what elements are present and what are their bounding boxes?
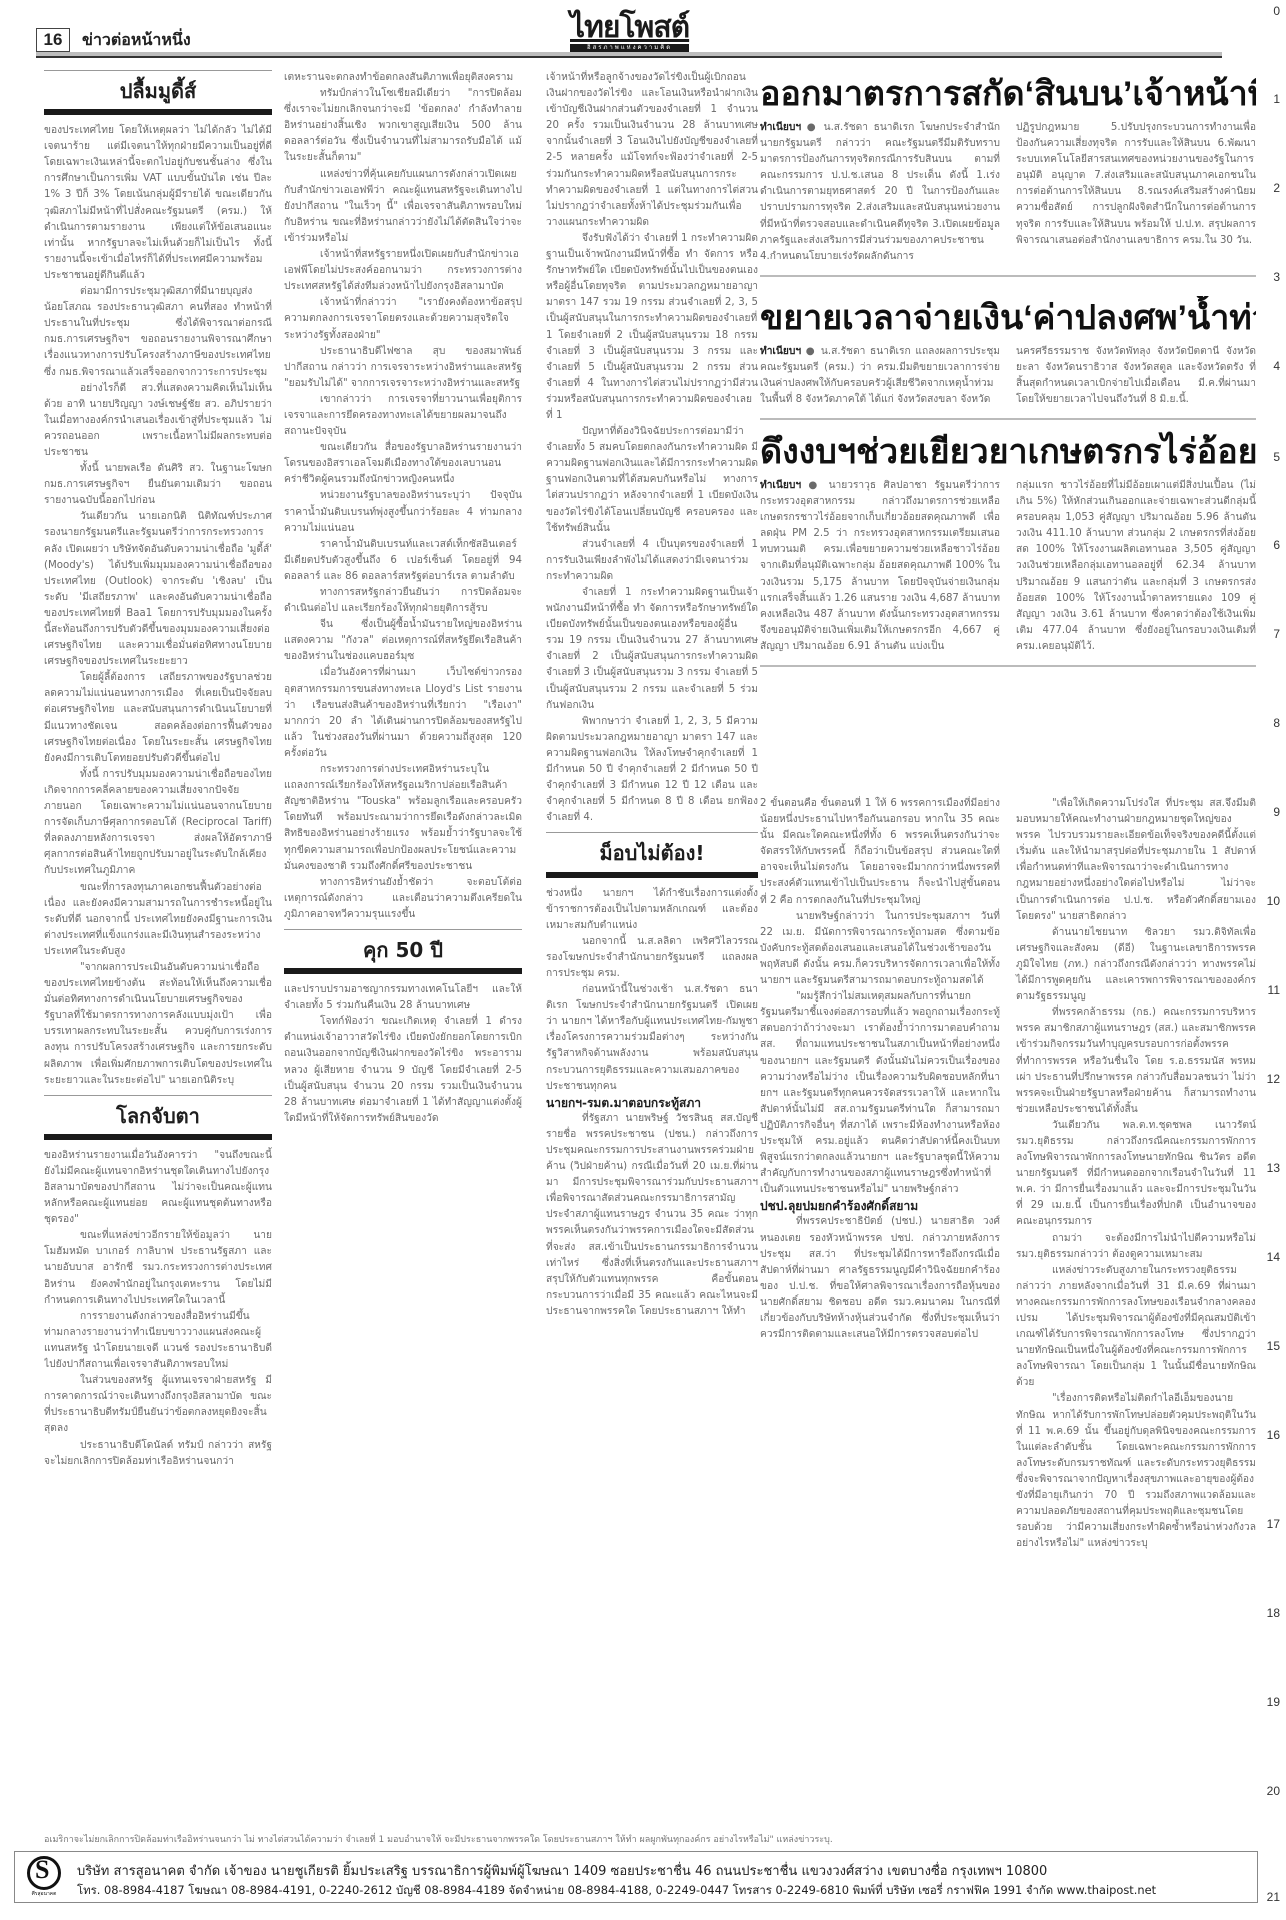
sub-headline: นายกฯ-รมต.มาตอบกระทู้สภา <box>546 1095 758 1111</box>
story-column-left: ทำเนียบฯ ● นายวราวุธ ศิลปอาชา รัฐมนตรีว่… <box>760 478 1000 655</box>
article-paragraph: ของประเทศไทย โดยให้เหตุผลว่า ไม่ได้กลัว … <box>44 123 272 284</box>
line-number: 15 <box>1267 1339 1280 1353</box>
line-number-gutter: 0 1 2 3 4 5 6 7 8 9 10 11 12 13 14 15 16… <box>1260 0 1280 1920</box>
article-paragraph: ขณะที่แหล่งข่าวอีกรายให้ข้อมูลว่า นายโมฮ… <box>44 1228 272 1308</box>
article-paragraph: ประธานาธิบดีโดนัลด์ ทรัมป์ กล่าวว่า สหรั… <box>44 1438 272 1470</box>
line-number: 12 <box>1267 1072 1280 1086</box>
article-paragraph: ทางการสหรัฐกล่าวยืนยันว่า การปิดล้อมจะดำ… <box>284 585 522 617</box>
divider-thick <box>284 968 522 974</box>
section-title: ข่าวต่อหน้าหนึ่ง <box>82 28 191 53</box>
article-paragraph: ส่วนจำเลยที่ 4 เป็นบุตรของจำเลยที่ 1 การ… <box>546 537 758 585</box>
headline: ออกมาตรการสกัด‘สินบน’เจ้าหน้าที่รัฐ <box>760 72 1256 116</box>
story-bribery: ออกมาตรการสกัด‘สินบน’เจ้าหน้าที่รัฐ ทำเน… <box>760 72 1256 277</box>
article-paragraph: กระทรวงการต่างประเทศอิหร่านระบุในแถลงการ… <box>284 762 522 875</box>
line-number: 5 <box>1273 450 1280 464</box>
logo-s-icon: S <box>27 1856 61 1890</box>
sub-headline: ปชป.ลุยปมยกคำร้องศักดิ์สยาม <box>760 1198 1000 1214</box>
page-header: 16 ข่าวต่อหน้าหนึ่ง ไทยโพสต์ อิสรภาพแห่ง… <box>36 26 1222 54</box>
bullet-icon: ● <box>807 122 824 133</box>
divider <box>760 665 1256 667</box>
article-paragraph: ช่วงหนึ่ง นายกฯ ได้กำชับเรื่องการแต่งตั้… <box>546 886 758 934</box>
article-paragraph: ก่อนหน้านี้ในช่วงเช้า น.ส.รัชดา ธนาดิเรก… <box>546 982 758 1095</box>
column-3: เจ้าหน้าที่หรือลูกจ้างของวัดไร่ขิงเป็นผู… <box>546 70 758 1822</box>
article-paragraph: ประธานาธิบดีไฟซาล สุบ ของสมาพันธ์ปากีสถา… <box>284 344 522 392</box>
divider-thick <box>546 872 758 878</box>
article-paragraph: เตหะรานจะตกลงทำข้อตกลงสันติภาพเพื่อยุติส… <box>284 70 522 86</box>
article-paragraph: ขณะที่การลงทุนภาคเอกชนฟื้นตัวอย่างต่อเนื… <box>44 880 272 960</box>
story-funeral-aid: ขยายเวลาจ่ายเงิน‘ค่าปลงศพ’น้ำท่วม ทำเนีย… <box>760 296 1256 420</box>
article-paragraph: และปราบปรามอาชญากรรมทางเทคโนโลยีฯ และให้… <box>284 982 522 1014</box>
article-paragraph: แหล่งข่าวระดับสูงภายในกระทรวงยุติธรรมกล่… <box>1016 1263 1256 1392</box>
article-paragraph: ขณะเดียวกัน สื่อของรัฐบาลอิหร่านรายงานว่… <box>284 440 522 488</box>
article-paragraph: โจทก์ฟ้องว่า ขณะเกิดเหตุ จำเลยที่ 1 ดำรง… <box>284 1014 522 1127</box>
article-paragraph: ปัญหาที่ต้องวินิจฉัยประการต่อมามีว่า จำเ… <box>546 424 758 537</box>
story-column-left: ทำเนียบฯ ● น.ส.รัชดา ธนาดิเรก โฆษกประจำส… <box>760 120 1000 265</box>
story-text: น.ส.รัชดา ธนาดิเรก โฆษกประจำสำนักนายกรัฐ… <box>760 122 1000 262</box>
article-paragraph: ทางการอิหร่านยังย้ำชัดว่า จะตอบโต้ต่อเหต… <box>284 875 522 923</box>
article-paragraph: "ผมรู้สึกว่าไม่สมเหตุสมผลกับการที่นายกรั… <box>760 989 1000 1198</box>
article-paragraph: ด้านนายไชยนาท ซิลวยา รมว.ดิจิทัลเพื่อเศร… <box>1016 925 1256 1005</box>
line-number: 10 <box>1267 894 1280 908</box>
article-paragraph: "เพื่อให้เกิดความโปร่งใส ที่ประชุม สส.จึ… <box>1016 796 1256 925</box>
dateline: ทำเนียบฯ <box>760 480 801 491</box>
article-paragraph: ถามว่า จะต้องมีการไม่นำไปตีความหรือไม่ ร… <box>1016 1231 1256 1263</box>
headline: ขยายเวลาจ่ายเงิน‘ค่าปลงศพ’น้ำท่วม <box>760 296 1256 340</box>
publisher-line: บริษัท สารสูอนาคต จำกัด เจ้าของ นายชูเกี… <box>77 1860 1047 1881</box>
article-paragraph: วันเดียวกัน นายเอกนิติ นิติทัณฑ์ประภาศ ร… <box>44 509 272 670</box>
story-column-right: กลุ่มแรก ชาวไร่อ้อยที่ไม่มีอ้อยเผาแต่มีส… <box>1016 478 1256 655</box>
story-column-right: นครศรีธรรมราช จังหวัดพัทลุง จังหวัดปัตตา… <box>1016 344 1256 408</box>
article-paragraph: เจ้าหน้าที่หรือลูกจ้างของวัดไร่ขิงเป็นผู… <box>546 70 758 231</box>
line-number: 8 <box>1273 716 1280 730</box>
article-paragraph: ทรัมป์กล่าวในโซเชียลมีเดียว่า "การปิดล้อ… <box>284 86 522 166</box>
line-number: 16 <box>1267 1428 1280 1442</box>
masthead-tagline: อิสรภาพแห่งความคิด <box>570 44 689 52</box>
article-paragraph: แหล่งข่าวที่คุ้นเคยกับแผนการดังกล่าวเปิด… <box>284 167 522 247</box>
box-title-moodys: ปลื้มมูดี้ส์ <box>44 71 272 109</box>
dateline: ทำเนียบฯ <box>760 346 801 357</box>
article-paragraph: ของอิหร่านรายงานเมื่อวันอังคารว่า "จนถึง… <box>44 1148 272 1228</box>
lower-column-left: 2 ขั้นตอนคือ ขั้นตอนที่ 1 ให้ 6 พรรคการเ… <box>760 796 1000 1826</box>
line-number: 19 <box>1267 1695 1280 1709</box>
header-rule-dark <box>36 56 1222 58</box>
newspaper-page: 16 ข่าวต่อหน้าหนึ่ง ไทยโพสต์ อิสรภาพแห่ง… <box>0 0 1286 1920</box>
divider-thick <box>44 109 272 115</box>
article-paragraph: เจ้าหน้าที่สหรัฐรายหนึ่งเปิดเผยกับสำนักข… <box>284 247 522 295</box>
story-column-right: ปฏิรูปกฎหมาย 5.ปรับปรุงกระบวนการทำงานเพื… <box>1016 120 1256 265</box>
article-paragraph: เขากล่าวว่า การเจรจาที่ยาวนานเพื่อยุติกา… <box>284 392 522 440</box>
line-number: 21 <box>1267 1890 1280 1904</box>
line-number: 2 <box>1273 181 1280 195</box>
dateline: ทำเนียบฯ <box>760 122 801 133</box>
story-sugarcane: ดึงงบฯช่วยเยียวยาเกษตรกรไร่อ้อย ทำเนียบฯ… <box>760 430 1256 667</box>
column-1: ปลื้มมูดี้ส์ ของประเทศไทย โดยให้เหตุผลว่… <box>44 70 272 1822</box>
article-paragraph: ในส่วนของสหรัฐ ผู้แทนเจรจาฝ่ายสหรัฐ มีกา… <box>44 1373 272 1437</box>
article-paragraph: ต่อมามีการประชุมวุฒิสภาที่มีนายบุญส่ง น้… <box>44 284 272 381</box>
article-paragraph: เจ้าหน้าที่กล่าวว่า "เรายังคงต้องหาข้อสร… <box>284 295 522 343</box>
article-paragraph: ราคาน้ำมันดิบเบรนท์และเวสต์เท็กซัสอินเตอ… <box>284 537 522 585</box>
article-paragraph: เมื่อวันอังคารที่ผ่านมา เว็บไซต์ข่าวกรอง… <box>284 665 522 762</box>
divider-thick <box>44 1134 272 1140</box>
line-number: 7 <box>1273 627 1280 641</box>
article-paragraph: ที่พรรคประชาธิปัตย์ (ปชป.) นายสาธิต วงศ์… <box>760 1214 1000 1343</box>
article-paragraph: โดยผู้ลี้ต้องการ เสถียรภาพของรัฐบาลช่วยล… <box>44 670 272 767</box>
column-2: เตหะรานจะตกลงทำข้อตกลงสันติภาพเพื่อยุติส… <box>284 70 522 1822</box>
carryover-line: อเมริกาจะไม่ยกเลิกการปิดล้อมท่าเรืออิหร่… <box>44 1832 1264 1846</box>
line-number: 6 <box>1273 538 1280 552</box>
page-number: 16 <box>36 28 70 52</box>
logo-caption: ศีรสุอนาคต <box>25 1890 63 1898</box>
article-paragraph: จึงรับฟังได้ว่า จำเลยที่ 1 กระทำความผิดฐ… <box>546 231 758 424</box>
article-paragraph: จำเลยที่ 1 กระทำความผิดฐานเป็นเจ้าพนักงา… <box>546 585 758 714</box>
article-paragraph: ที่พรรคกล้าธรรม (กธ.) คณะกรรมการบริหารพร… <box>1016 1005 1256 1118</box>
line-number: 17 <box>1267 1517 1280 1531</box>
article-paragraph: หน่วยงานรัฐบาลของอิหร่านระบุว่า ปัจจุบัน… <box>284 488 522 536</box>
headline: ดึงงบฯช่วยเยียวยาเกษตรกรไร่อ้อย <box>760 430 1256 474</box>
box-title-world-watch: โลกจับตา <box>44 1096 272 1134</box>
story-text: นายวราวุธ ศิลปอาชา รัฐมนตรีว่าการกระทรวง… <box>760 480 1000 652</box>
divider <box>760 275 1256 277</box>
line-number: 18 <box>1267 1606 1280 1620</box>
line-number: 14 <box>1267 1250 1280 1264</box>
box-title-50-years: คุก 50 ปี <box>284 930 522 968</box>
article-paragraph: นอกจากนี้ น.ส.ลลิดา เพริศวิไลวรรณ รองโฆษ… <box>546 934 758 982</box>
lower-column-right: "เพื่อให้เกิดความโปร่งใส ที่ประชุม สส.จึ… <box>1016 796 1256 1826</box>
divider <box>760 418 1256 420</box>
article-paragraph: จีน ซึ่งเป็นผู้ซื้อน้ำมันรายใหญ่ของอิหร่… <box>284 617 522 665</box>
article-paragraph: 2 ขั้นตอนคือ ขั้นตอนที่ 1 ให้ 6 พรรคการเ… <box>760 796 1000 909</box>
article-paragraph: "เรื่องการติดหรือไม่ติดกำไลอีเอ็มของนายท… <box>1016 1391 1256 1552</box>
line-number: 9 <box>1273 805 1280 819</box>
article-paragraph: อย่างไรก็ดี สว.ที่แสดงความคิดเห็นไม่เห็น… <box>44 381 272 461</box>
article-paragraph: ทั้งนี้ การปรับมุมมองความน่าเชื่อถือของไ… <box>44 767 272 880</box>
line-number: 1 <box>1273 92 1280 106</box>
article-paragraph: วันเดียวกัน พล.ต.ท.ชุดชพล เนาวรัตน์ รมว.… <box>1016 1118 1256 1231</box>
article-paragraph: ที่รัฐสภา นายพริษฐ์ วัชรสินธุ สส.บัญชีรา… <box>546 1111 758 1320</box>
article-paragraph: ทั้งนี้ นายพลเรือ ดันศิริ สว. ในฐานะโฆษก… <box>44 461 272 509</box>
publisher-logo: S ศีรสุอนาคต <box>25 1856 63 1900</box>
contact-line: โทร. 08-8984-4187 โฆษณา 08-8984-4191, 0-… <box>77 1882 1156 1900</box>
line-number: 3 <box>1273 270 1280 284</box>
article-paragraph: "จากผลการประเมินอันดับความน่าเชื่อถือของ… <box>44 960 272 1089</box>
line-number: 13 <box>1267 1161 1280 1175</box>
article-paragraph: พิพากษาว่า จำเลยที่ 1, 2, 3, 5 มีความผิด… <box>546 714 758 827</box>
line-number: 4 <box>1273 359 1280 373</box>
article-paragraph: นายพริษฐ์กล่าวว่า ในการประชุมสภาฯ วันที่… <box>760 909 1000 989</box>
box-title-no-mob: ม็อบไม่ต้อง! <box>546 833 758 871</box>
bullet-icon: ● <box>806 346 821 357</box>
line-number: 20 <box>1267 1784 1280 1798</box>
line-number: 0 <box>1273 4 1280 18</box>
lower-right-columns: 2 ขั้นตอนคือ ขั้นตอนที่ 1 ให้ 6 พรรคการเ… <box>760 796 1256 1826</box>
masthead-title: ไทยโพสต์ <box>570 11 689 44</box>
line-number: 11 <box>1268 983 1280 997</box>
publisher-imprint: S ศีรสุอนาคต บริษัท สารสูอนาคต จำกัด เจ้… <box>14 1851 1258 1903</box>
bullet-icon: ● <box>808 480 828 491</box>
article-paragraph: การรายงานดังกล่าวของสื่ออิหร่านมีขึ้นท่า… <box>44 1309 272 1373</box>
story-column-left: ทำเนียบฯ ● น.ส.รัชดา ธนาดิเรก แถลงผลการป… <box>760 344 1000 408</box>
masthead-logo: ไทยโพสต์ อิสรภาพแห่งความคิด <box>566 12 693 52</box>
